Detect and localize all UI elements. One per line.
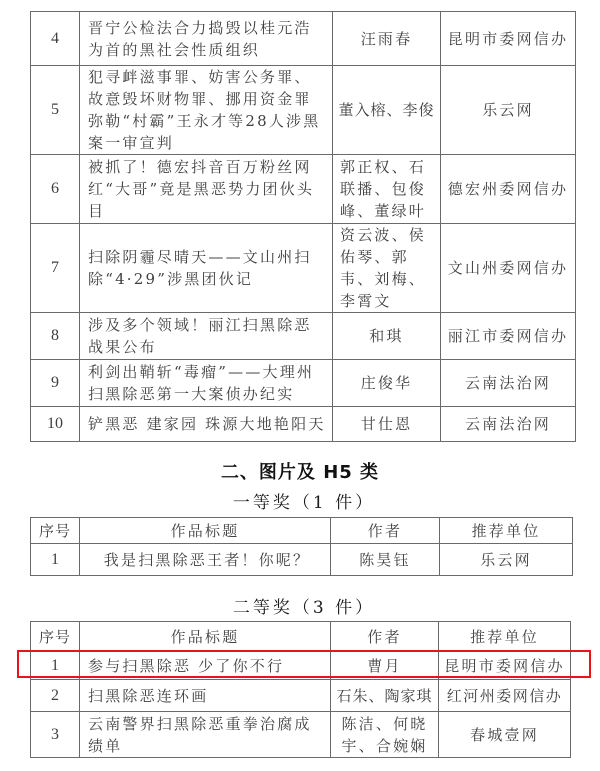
recommending-unit: 昆明市委网信办 xyxy=(439,652,571,680)
table-row: 6 被抓了！德宏抖音百万粉丝网红“大哥”竟是黑恶势力团伙头目 郭正权、石联播、包… xyxy=(31,155,576,224)
work-title: 扫除阴霾尽晴天——文山州扫除“4·29”涉黑团伙记 xyxy=(80,224,333,313)
row-number: 1 xyxy=(31,544,80,576)
row-number: 8 xyxy=(31,313,80,360)
recommending-unit: 云南法治网 xyxy=(441,407,576,442)
work-author: 陈洁、何晓宇、合婉娴 xyxy=(331,712,439,758)
column-header-unit: 推荐单位 xyxy=(440,518,573,544)
column-header-title: 作品标题 xyxy=(80,622,331,652)
row-number: 7 xyxy=(31,224,80,313)
second-prize-table: 序号 作品标题 作者 推荐单位 1 参与扫黑除恶 少了你不行 曹月 昆明市委网信… xyxy=(30,621,571,758)
recommending-unit: 红河州委网信办 xyxy=(439,680,571,712)
table-row: 9 利剑出鞘斩“毒瘤”——大理州扫黑除恶第一大案侦办纪实 庄俊华 云南法治网 xyxy=(31,360,576,407)
work-author: 石朱、陶家琪 xyxy=(331,680,439,712)
row-number: 10 xyxy=(31,407,80,442)
row-number: 3 xyxy=(31,712,80,758)
work-title: 云南警界扫黑除恶重拳治腐成绩单 xyxy=(80,712,331,758)
row-number: 1 xyxy=(31,652,80,680)
row-number: 5 xyxy=(31,66,80,155)
work-title: 被抓了！德宏抖音百万粉丝网红“大哥”竟是黑恶势力团伙头目 xyxy=(80,155,333,224)
section-heading: 二、图片及 H5 类 xyxy=(0,458,600,484)
table-header-row: 序号 作品标题 作者 推荐单位 xyxy=(31,518,573,544)
table-row: 3 云南警界扫黑除恶重拳治腐成绩单 陈洁、何晓宇、合婉娴 春城壹网 xyxy=(31,712,571,758)
work-title: 利剑出鞘斩“毒瘤”——大理州扫黑除恶第一大案侦办纪实 xyxy=(80,360,333,407)
column-header-number: 序号 xyxy=(31,518,80,544)
work-author: 庄俊华 xyxy=(333,360,441,407)
recommending-unit: 春城壹网 xyxy=(439,712,571,758)
table-row: 7 扫除阴霾尽晴天——文山州扫除“4·29”涉黑团伙记 资云波、侯佑琴、郭韦、刘… xyxy=(31,224,576,313)
row-number: 6 xyxy=(31,155,80,224)
work-title: 铲黑恶 建家园 珠源大地艳阳天 xyxy=(80,407,333,442)
row-number: 9 xyxy=(31,360,80,407)
work-title: 扫黑除恶连环画 xyxy=(80,680,331,712)
work-title: 参与扫黑除恶 少了你不行 xyxy=(80,652,331,680)
table-row: 4 晋宁公检法合力捣毁以桂元浩为首的黑社会性质组织 汪雨春 昆明市委网信办 xyxy=(31,12,576,66)
work-title: 涉及多个领域！丽江扫黑除恶战果公布 xyxy=(80,313,333,360)
first-prize-table: 序号 作品标题 作者 推荐单位 1 我是扫黑除恶王者！你呢？ 陈昊钰 乐云网 xyxy=(30,517,573,576)
column-header-unit: 推荐单位 xyxy=(439,622,571,652)
table-header-row: 序号 作品标题 作者 推荐单位 xyxy=(31,622,571,652)
work-title: 晋宁公检法合力捣毁以桂元浩为首的黑社会性质组织 xyxy=(80,12,333,66)
table-row: 5 犯寻衅滋事罪、妨害公务罪、故意毁坏财物罪、挪用资金罪 弥勒“村霸”王永才等2… xyxy=(31,66,576,155)
work-author: 陈昊钰 xyxy=(331,544,440,576)
work-title: 犯寻衅滋事罪、妨害公务罪、故意毁坏财物罪、挪用资金罪 弥勒“村霸”王永才等28人… xyxy=(80,66,333,155)
table-row: 1 我是扫黑除恶王者！你呢？ 陈昊钰 乐云网 xyxy=(31,544,573,576)
work-title: 我是扫黑除恶王者！你呢？ xyxy=(80,544,331,576)
recommending-unit: 昆明市委网信办 xyxy=(441,12,576,66)
work-author: 董入榕、李俊 xyxy=(333,66,441,155)
work-author: 和琪 xyxy=(333,313,441,360)
works-table-continued: 4 晋宁公检法合力捣毁以桂元浩为首的黑社会性质组织 汪雨春 昆明市委网信办 5 … xyxy=(30,11,576,442)
work-author: 资云波、侯佑琴、郭韦、刘梅、李霄文 xyxy=(333,224,441,313)
recommending-unit: 云南法治网 xyxy=(441,360,576,407)
recommending-unit: 丽江市委网信办 xyxy=(441,313,576,360)
recommending-unit: 德宏州委网信办 xyxy=(441,155,576,224)
table-row-highlighted: 1 参与扫黑除恶 少了你不行 曹月 昆明市委网信办 xyxy=(31,652,571,680)
row-number: 4 xyxy=(31,12,80,66)
work-author: 曹月 xyxy=(331,652,439,680)
work-author: 甘仕恩 xyxy=(333,407,441,442)
first-prize-heading: 一等奖（1 件） xyxy=(4,488,600,513)
recommending-unit: 乐云网 xyxy=(441,66,576,155)
work-author: 郭正权、石联播、包俊峰、董绿叶 xyxy=(333,155,441,224)
column-header-number: 序号 xyxy=(31,622,80,652)
column-header-author: 作者 xyxy=(331,622,439,652)
work-author: 汪雨春 xyxy=(333,12,441,66)
recommending-unit: 文山州委网信办 xyxy=(441,224,576,313)
column-header-title: 作品标题 xyxy=(80,518,331,544)
table-row: 8 涉及多个领域！丽江扫黑除恶战果公布 和琪 丽江市委网信办 xyxy=(31,313,576,360)
table-row: 2 扫黑除恶连环画 石朱、陶家琪 红河州委网信办 xyxy=(31,680,571,712)
recommending-unit: 乐云网 xyxy=(440,544,573,576)
column-header-author: 作者 xyxy=(331,518,440,544)
second-prize-heading: 二等奖（3 件） xyxy=(4,593,600,618)
row-number: 2 xyxy=(31,680,80,712)
table-row: 10 铲黑恶 建家园 珠源大地艳阳天 甘仕恩 云南法治网 xyxy=(31,407,576,442)
